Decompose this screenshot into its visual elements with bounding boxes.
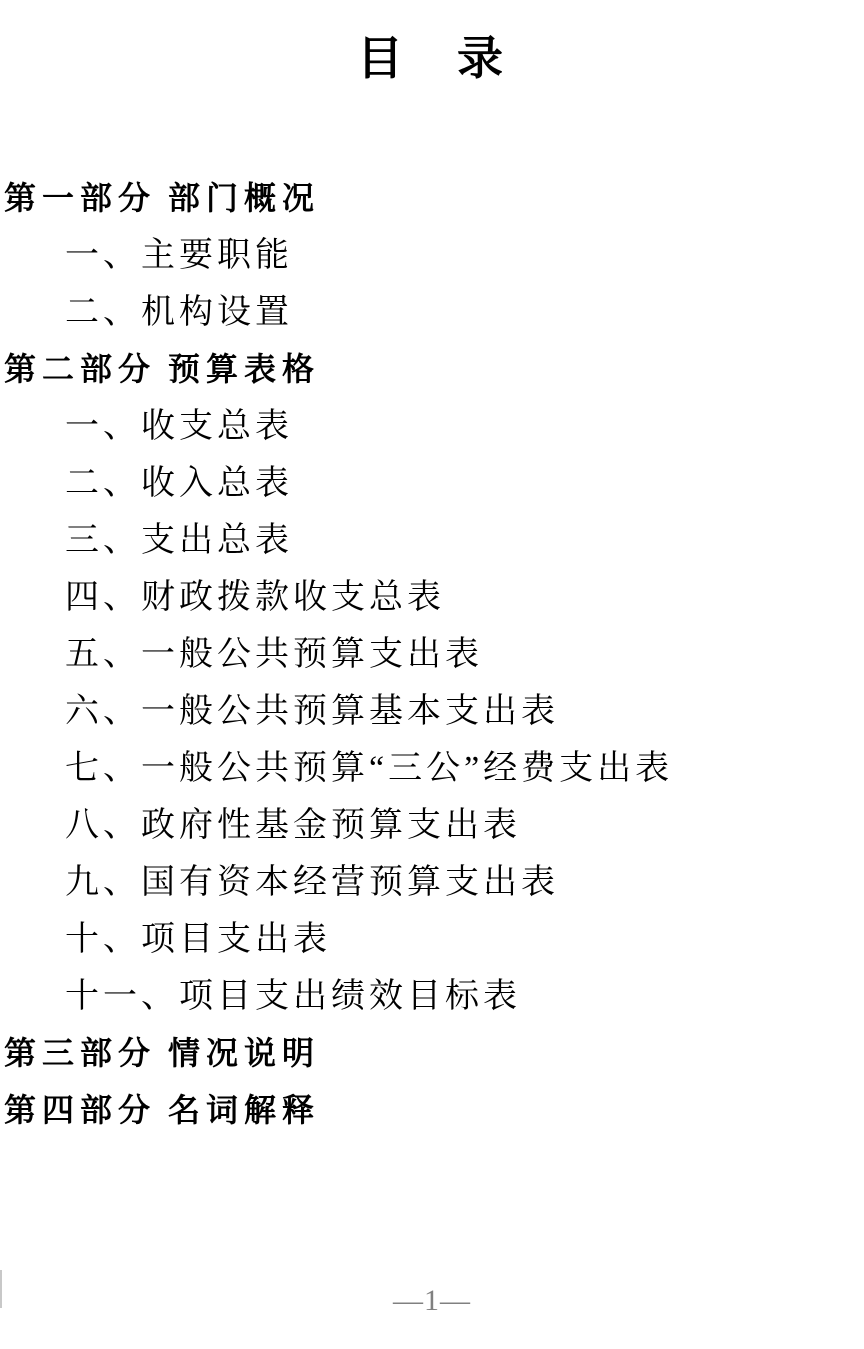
section-number: 第四部分: [4, 1092, 156, 1128]
toc-item: 一、主要职能: [4, 227, 864, 284]
toc-item: 四、财政拨款收支总表: [4, 569, 864, 626]
section-title: 部门概况: [168, 180, 320, 216]
toc-section-heading: 第四部分名词解释: [4, 1082, 864, 1139]
toc-item: 二、收入总表: [4, 455, 864, 512]
section-number: 第一部分: [4, 180, 156, 216]
toc-item: 十、项目支出表: [4, 911, 864, 968]
section-number: 第二部分: [4, 351, 156, 387]
page-title: 目 录: [0, 22, 864, 88]
toc-list: 第一部分部门概况一、主要职能二、机构设置第二部分预算表格一、收支总表二、收入总表…: [4, 170, 864, 1139]
toc-section-heading: 第三部分情况说明: [4, 1025, 864, 1082]
toc-item: 六、一般公共预算基本支出表: [4, 683, 864, 740]
section-title: 名词解释: [168, 1092, 320, 1128]
section-title: 预算表格: [168, 351, 320, 387]
toc-section-heading: 第二部分预算表格: [4, 341, 864, 398]
toc-item: 七、一般公共预算“三公”经费支出表: [4, 740, 864, 797]
toc-item: 八、政府性基金预算支出表: [4, 797, 864, 854]
section-number: 第三部分: [4, 1035, 156, 1071]
toc-item: 九、国有资本经营预算支出表: [4, 854, 864, 911]
page-number: —1—: [0, 1284, 864, 1318]
scan-edge-artifact: [0, 1270, 2, 1308]
toc-item: 五、一般公共预算支出表: [4, 626, 864, 683]
section-title: 情况说明: [168, 1035, 320, 1071]
toc-item: 三、支出总表: [4, 512, 864, 569]
toc-section-heading: 第一部分部门概况: [4, 170, 864, 227]
toc-item: 一、收支总表: [4, 398, 864, 455]
toc-item: 十一、项目支出绩效目标表: [4, 968, 864, 1025]
toc-item: 二、机构设置: [4, 284, 864, 341]
